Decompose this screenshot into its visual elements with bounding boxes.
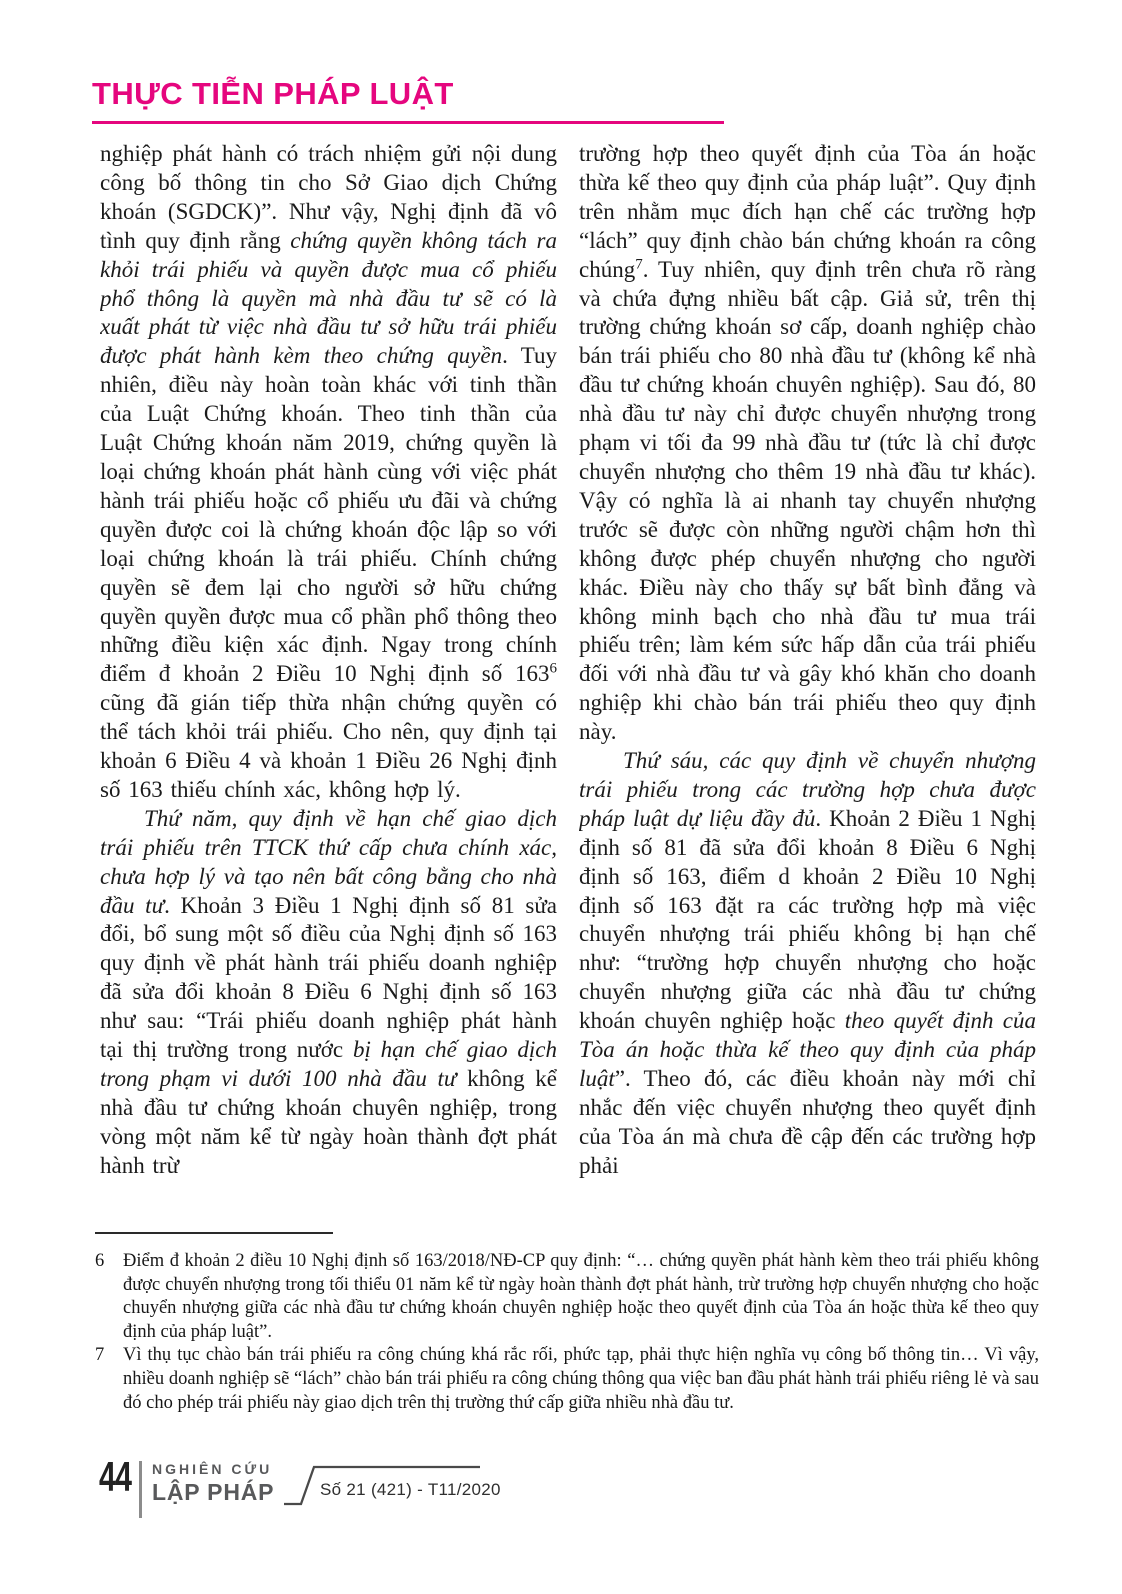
- journal-name-line2: LẬP PHÁP: [152, 1479, 274, 1505]
- article-body: nghiệp phát hành có trách nhiệm gửi nội …: [100, 140, 1036, 1222]
- text-run: . Tuy nhiên, quy định trên chưa rõ ràng …: [579, 257, 1036, 745]
- footnote-number: 7: [95, 1344, 123, 1415]
- paragraph: Thứ sáu, các quy định về chuyển nhượng t…: [579, 747, 1036, 1181]
- journal-name-line1: NGHIÊN CỨU: [152, 1462, 274, 1477]
- journal-page: THỰC TIỄN PHÁP LUẬT nghiệp phát hành có …: [0, 0, 1122, 1594]
- text-run: . Khoản 2 Điều 1 Nghị định số 81 đã sửa …: [579, 806, 1036, 1033]
- footnote-text: Điểm đ khoản 2 điều 10 Nghị định số 163/…: [123, 1250, 1039, 1344]
- text-run: . Tuy nhiên, điều này hoàn toàn khác với…: [100, 343, 557, 686]
- footnote-ref: 6: [550, 661, 558, 677]
- footnotes-section: 6 Điểm đ khoản 2 điều 10 Nghị định số 16…: [95, 1232, 1039, 1415]
- footnote-number: 6: [95, 1250, 123, 1344]
- page-number: 44: [99, 1459, 131, 1495]
- footnote: 7 Vì thụ tục chào bán trái phiếu ra công…: [95, 1344, 1039, 1415]
- footnote-text: Vì thụ tục chào bán trái phiếu ra công c…: [123, 1344, 1039, 1415]
- footer-divider-bar: [139, 1461, 142, 1518]
- right-column: trường hợp theo quyết định của Tòa án ho…: [579, 140, 1036, 1222]
- footnote: 6 Điểm đ khoản 2 điều 10 Nghị định số 16…: [95, 1250, 1039, 1344]
- text-run: cũng đã gián tiếp thừa nhận chứng quyền …: [100, 690, 557, 802]
- paragraph: nghiệp phát hành có trách nhiệm gửi nội …: [100, 140, 557, 805]
- paragraph: Thứ năm, quy định về hạn chế giao dịch t…: [100, 805, 557, 1181]
- section-header-title: THỰC TIỄN PHÁP LUẬT: [92, 76, 454, 112]
- paragraph: trường hợp theo quyết định của Tòa án ho…: [579, 140, 1036, 747]
- left-column: nghiệp phát hành có trách nhiệm gửi nội …: [100, 140, 557, 1222]
- footnote-separator-rule: [95, 1232, 333, 1234]
- section-header-rule: [92, 121, 724, 124]
- journal-issue: Số 21 (421) - T11/2020: [320, 1480, 501, 1500]
- journal-brand: NGHIÊN CỨU LẬP PHÁP: [152, 1462, 274, 1505]
- text-run: ”. Theo đó, các điều khoản này mới chỉ n…: [579, 1066, 1036, 1178]
- footnote-ref: 7: [635, 256, 643, 272]
